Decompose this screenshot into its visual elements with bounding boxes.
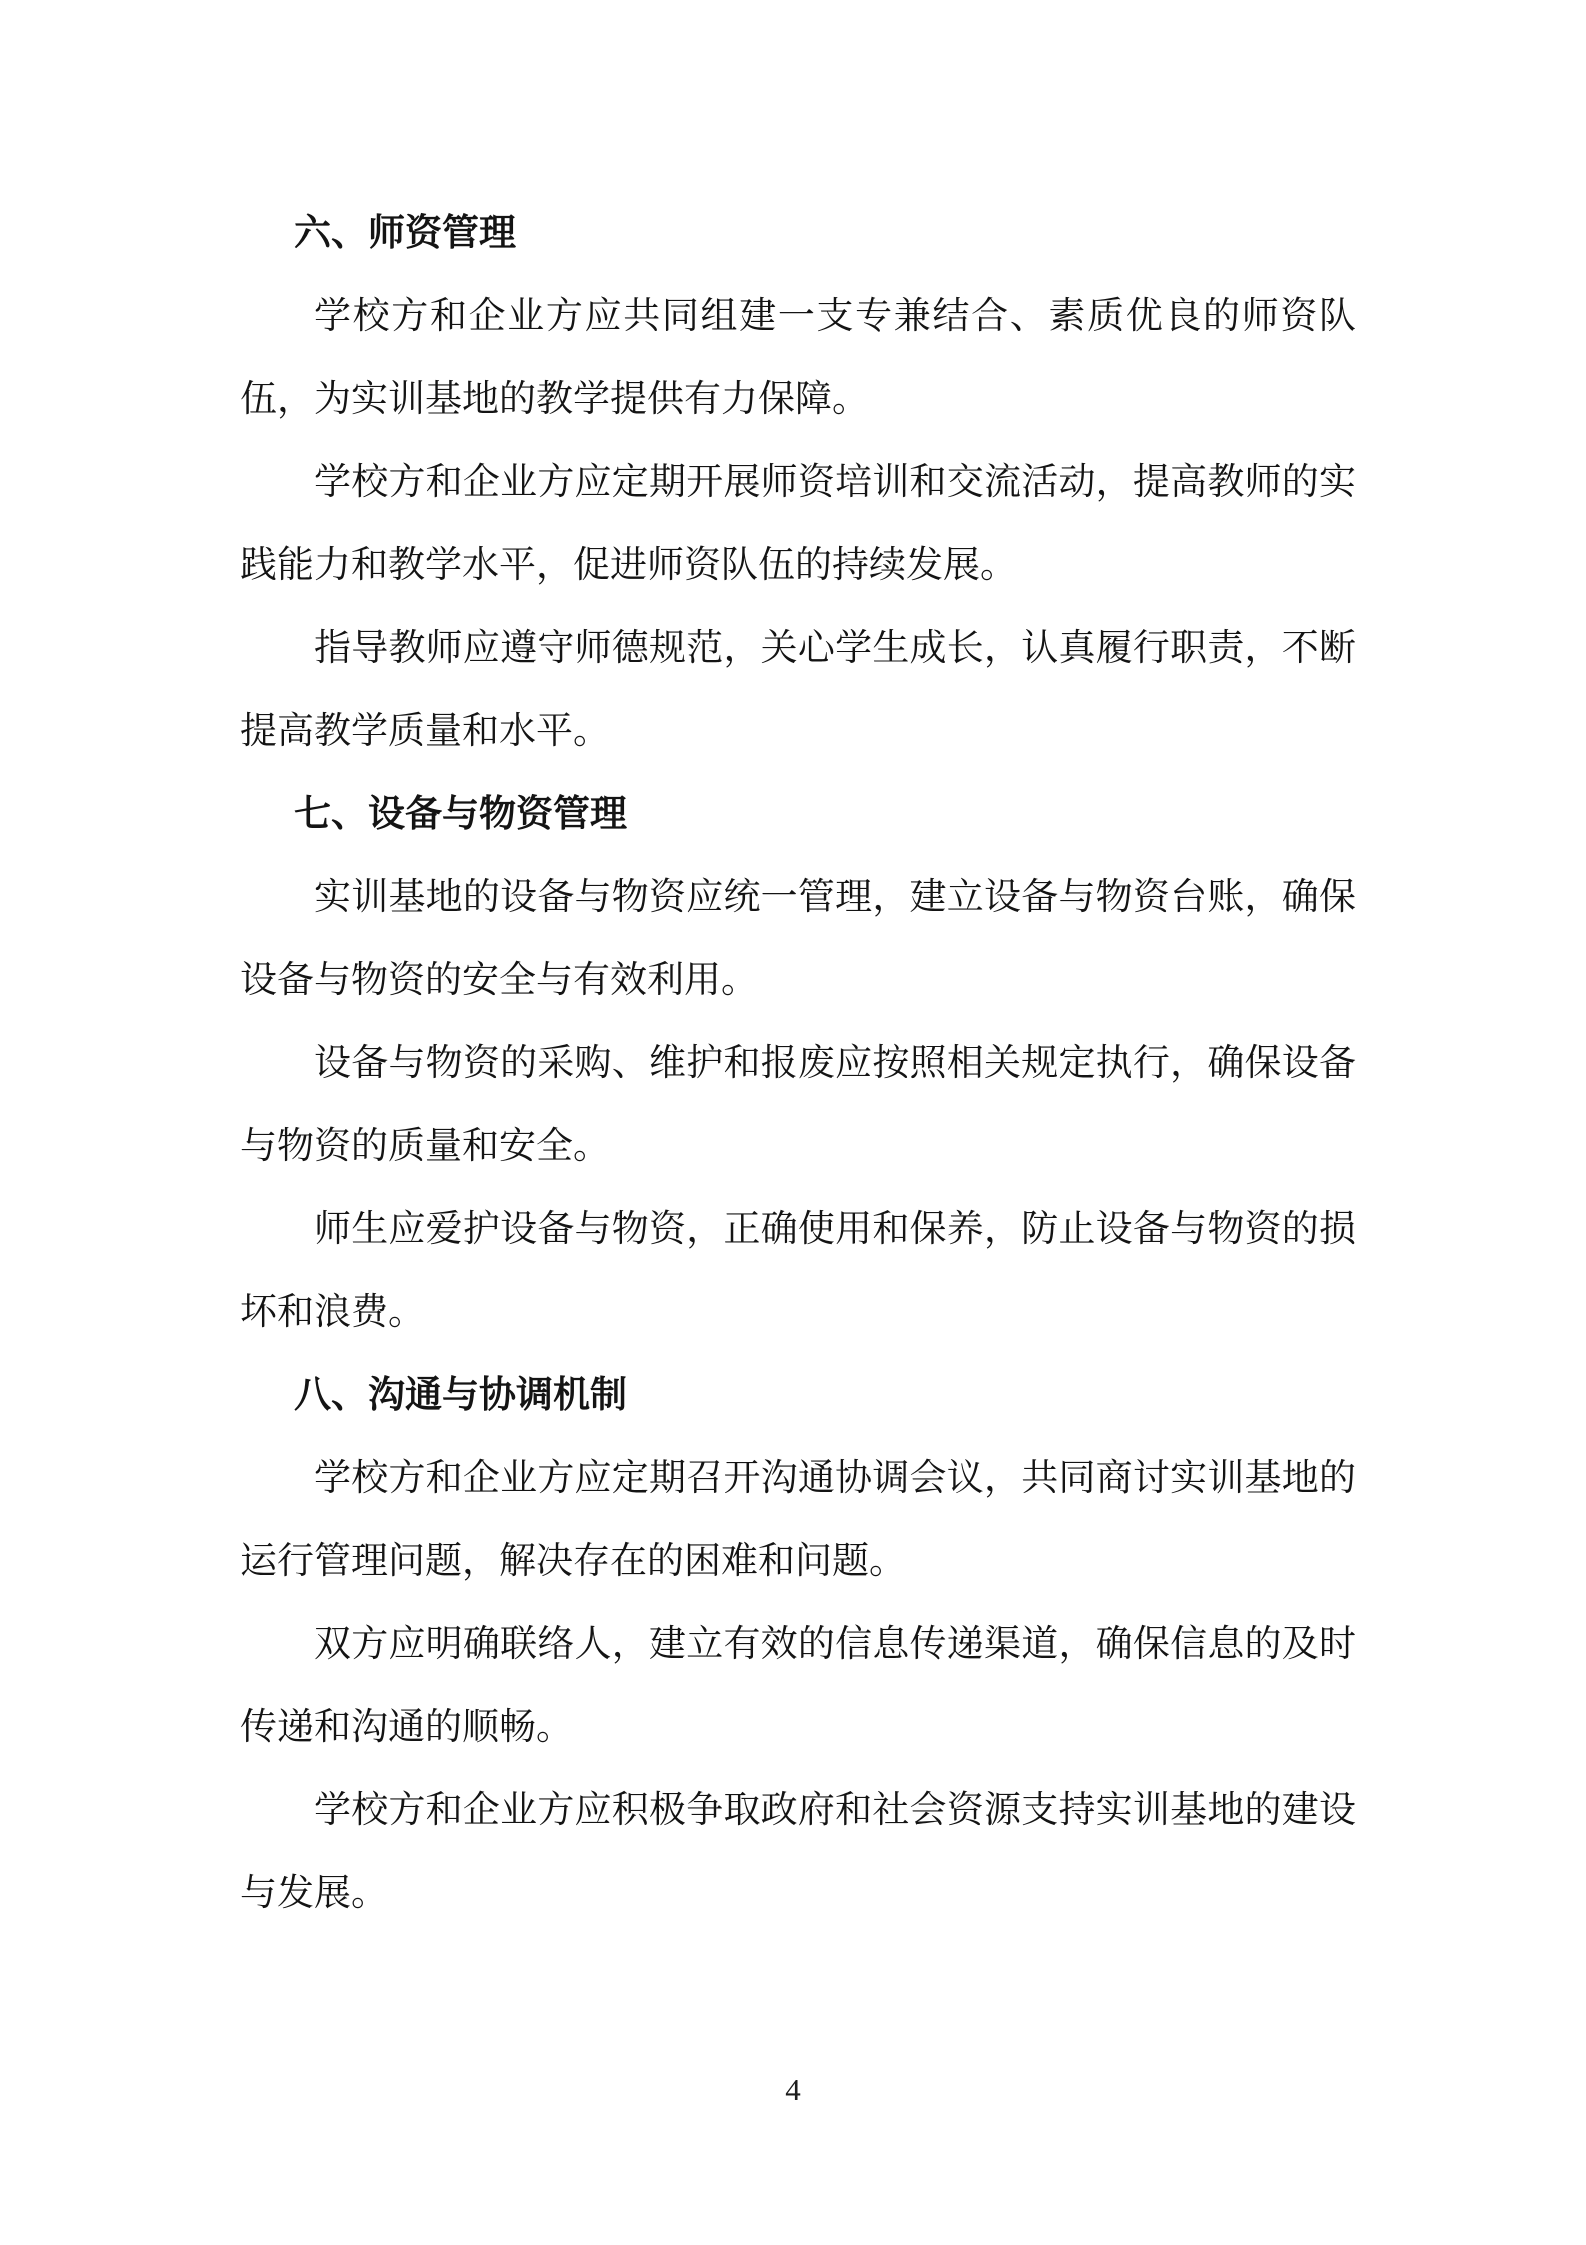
page-footer: 4	[0, 2072, 1586, 2108]
document-body: 六、师资管理 学校方和企业方应共同组建一支专兼结合、素质优良的师资队伍，为实训基…	[240, 192, 1356, 1935]
paragraph: 学校方和企业方应共同组建一支专兼结合、素质优良的师资队伍，为实训基地的教学提供有…	[240, 275, 1356, 441]
section-heading: 八、沟通与协调机制	[240, 1354, 1356, 1437]
paragraph: 学校方和企业方应定期开展师资培训和交流活动，提高教师的实践能力和教学水平，促进师…	[240, 441, 1356, 607]
paragraph: 双方应明确联络人，建立有效的信息传递渠道，确保信息的及时传递和沟通的顺畅。	[240, 1603, 1356, 1769]
paragraph: 指导教师应遵守师德规范，关心学生成长，认真履行职责，不断提高教学质量和水平。	[240, 607, 1356, 773]
section-equipment-management: 七、设备与物资管理 实训基地的设备与物资应统一管理，建立设备与物资台账，确保设备…	[240, 773, 1356, 1354]
paragraph: 实训基地的设备与物资应统一管理，建立设备与物资台账，确保设备与物资的安全与有效利…	[240, 856, 1356, 1022]
section-faculty-management: 六、师资管理 学校方和企业方应共同组建一支专兼结合、素质优良的师资队伍，为实训基…	[240, 192, 1356, 773]
page-number: 4	[785, 2072, 801, 2107]
section-communication-mechanism: 八、沟通与协调机制 学校方和企业方应定期召开沟通协调会议，共同商讨实训基地的运行…	[240, 1354, 1356, 1935]
paragraph: 学校方和企业方应积极争取政府和社会资源支持实训基地的建设与发展。	[240, 1769, 1356, 1935]
document-page: 六、师资管理 学校方和企业方应共同组建一支专兼结合、素质优良的师资队伍，为实训基…	[0, 0, 1586, 2245]
section-heading: 六、师资管理	[240, 192, 1356, 275]
section-heading: 七、设备与物资管理	[240, 773, 1356, 856]
paragraph: 设备与物资的采购、维护和报废应按照相关规定执行，确保设备与物资的质量和安全。	[240, 1022, 1356, 1188]
paragraph: 师生应爱护设备与物资，正确使用和保养，防止设备与物资的损坏和浪费。	[240, 1188, 1356, 1354]
paragraph: 学校方和企业方应定期召开沟通协调会议，共同商讨实训基地的运行管理问题，解决存在的…	[240, 1437, 1356, 1603]
